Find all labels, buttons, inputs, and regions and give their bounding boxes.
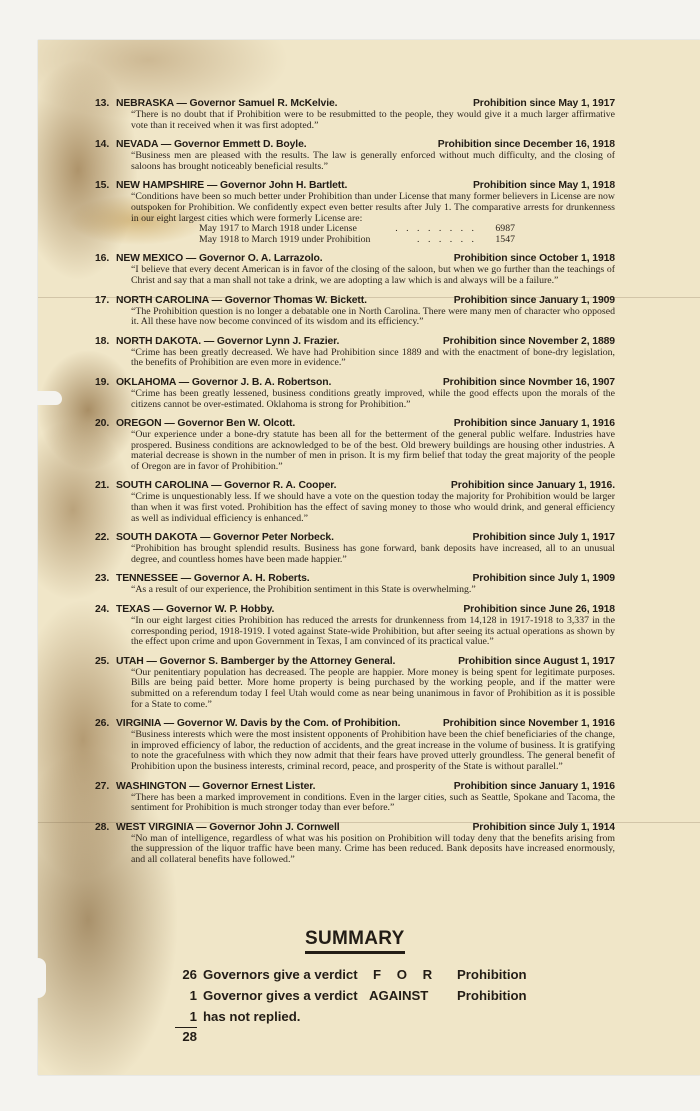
stat-row: May 1918 to March 1919 under Prohibition… bbox=[199, 235, 515, 246]
governor-quote: “In our eight largest cities Prohibition… bbox=[131, 616, 615, 648]
prohibition-date: Prohibition since January 1, 1909 bbox=[454, 295, 615, 307]
entry-number: 27. bbox=[95, 781, 109, 792]
dash: — bbox=[211, 480, 224, 491]
governor-name: Governor O. A. Larrazolo. bbox=[199, 253, 323, 264]
governor-name: Governor S. Bamberger by the Attorney Ge… bbox=[160, 656, 396, 667]
governor-name: Governor W. Davis by the Com. of Prohibi… bbox=[177, 718, 401, 729]
governor-name: Governor John J. Cornwell bbox=[209, 822, 339, 833]
governor-quote: “Crime is unquestionably less. If we sho… bbox=[131, 492, 615, 524]
governor-name: Governor John H. Bartlett. bbox=[220, 180, 347, 191]
paper-tear bbox=[36, 391, 62, 405]
governor-name: Governor Emmett D. Boyle. bbox=[174, 139, 307, 150]
statement-entry: 17. NORTH CAROLINA — Governor Thomas W. … bbox=[95, 295, 615, 328]
summary-total: 28 bbox=[175, 1027, 197, 1045]
entry-number: 17. bbox=[95, 295, 109, 306]
state-name: NORTH DAKOTA. bbox=[116, 336, 201, 347]
state-name: OREGON bbox=[116, 418, 162, 429]
dash: — bbox=[200, 532, 213, 543]
dash: — bbox=[186, 253, 199, 264]
governor-quote: “Business men are pleased with the resul… bbox=[131, 151, 615, 172]
governor-quote: “Crime has been greatly lessened, busine… bbox=[131, 389, 615, 410]
governor-name: Governor Thomas W. Bickett. bbox=[225, 295, 367, 306]
state-name: WASHINGTON bbox=[116, 781, 186, 792]
entry-number: 24. bbox=[95, 604, 109, 615]
dash: — bbox=[161, 139, 174, 150]
statement-entry: 20. OREGON — Governor Ben W. Olcott. Pro… bbox=[95, 418, 615, 472]
summary-verdict: AGAINST bbox=[369, 985, 457, 1006]
governor-name: Governor J. B. A. Robertson. bbox=[192, 377, 331, 388]
summary-row: 1 has not replied. bbox=[175, 1006, 527, 1027]
governor-name: Governor Samuel R. McKelvie. bbox=[190, 98, 338, 109]
summary-row: 1 Governor gives a verdict AGAINST Prohi… bbox=[175, 985, 527, 1006]
prohibition-date: Prohibition since July 1, 1909 bbox=[472, 573, 615, 585]
summary-rows: 26 Governors give a verdict F O R Prohib… bbox=[175, 964, 527, 1027]
summary-count: 1 bbox=[175, 985, 197, 1006]
statement-entry: 26. VIRGINIA — Governor W. Davis by the … bbox=[95, 718, 615, 772]
dash: — bbox=[181, 573, 194, 584]
state-name: NEBRASKA bbox=[116, 98, 174, 109]
entry-number: 28. bbox=[95, 822, 109, 833]
entry-number: 15. bbox=[95, 180, 109, 191]
state-name: NEVADA bbox=[116, 139, 158, 150]
governor-quote: “Prohibition has brought splendid result… bbox=[131, 544, 615, 565]
summary-text: Governor gives a verdict bbox=[203, 985, 369, 1006]
entry-number: 20. bbox=[95, 418, 109, 429]
governor-name: Governor Ben W. Olcott. bbox=[177, 418, 295, 429]
statement-entry: 19. OKLAHOMA — Governor J. B. A. Roberts… bbox=[95, 377, 615, 410]
stat-label: May 1918 to March 1919 under Prohibition bbox=[199, 235, 417, 246]
dash: — bbox=[204, 336, 217, 347]
dash: — bbox=[164, 418, 177, 429]
prohibition-date: Prohibition since November 2, 1889 bbox=[443, 336, 615, 348]
governor-name: Governor Peter Norbeck. bbox=[213, 532, 334, 543]
statement-entry: 18. NORTH DAKOTA. — Governor Lynn J. Fra… bbox=[95, 336, 615, 369]
governor-quote: “Crime has been greatly decreased. We ha… bbox=[131, 348, 615, 369]
summary-verdict bbox=[369, 1006, 457, 1027]
statement-entry: 28. WEST VIRGINIA — Governor John J. Cor… bbox=[95, 822, 615, 866]
governor-statements-list: 13. NEBRASKA — Governor Samuel R. McKelv… bbox=[95, 98, 615, 874]
dash: — bbox=[207, 180, 220, 191]
state-name: NEW HAMPSHIRE bbox=[116, 180, 204, 191]
statement-entry: 23. TENNESSEE — Governor A. H. Roberts. … bbox=[95, 573, 615, 596]
statement-entry: 24. TEXAS — Governor W. P. Hobby. Prohib… bbox=[95, 604, 615, 648]
entry-number: 18. bbox=[95, 336, 109, 347]
governor-quote: “The Prohibition question is no longer a… bbox=[131, 307, 615, 328]
entry-number: 25. bbox=[95, 656, 109, 667]
dash: — bbox=[212, 295, 225, 306]
summary-verdict: F O R bbox=[369, 964, 457, 985]
governor-name: Governor R. A. Cooper. bbox=[224, 480, 336, 491]
dash: — bbox=[189, 781, 202, 792]
summary-text: has not replied. bbox=[203, 1006, 369, 1027]
stat-value: 1547 bbox=[487, 235, 515, 246]
entry-number: 26. bbox=[95, 718, 109, 729]
entry-heading: 28. WEST VIRGINIA — Governor John J. Cor… bbox=[95, 822, 615, 834]
state-name: UTAH bbox=[116, 656, 144, 667]
governor-name: Governor W. P. Hobby. bbox=[166, 604, 274, 615]
governor-quote: “As a result of our experience, the Proh… bbox=[131, 585, 615, 596]
summary-count: 1 bbox=[175, 1006, 197, 1027]
entry-number: 19. bbox=[95, 377, 109, 388]
statement-entry: 16. NEW MEXICO — Governor O. A. Larrazol… bbox=[95, 253, 615, 286]
state-name: SOUTH CAROLINA bbox=[116, 480, 208, 491]
entry-number: 14. bbox=[95, 139, 109, 150]
state-name: NEW MEXICO bbox=[116, 253, 183, 264]
governor-quote: “There has been a marked improvement in … bbox=[131, 793, 615, 814]
statement-entry: 25. UTAH — Governor S. Bamberger by the … bbox=[95, 656, 615, 710]
dash: — bbox=[164, 718, 177, 729]
summary-title: SUMMARY bbox=[305, 928, 405, 954]
state-name: VIRGINIA bbox=[116, 718, 161, 729]
governor-quote: “Business interests which were the most … bbox=[131, 730, 615, 772]
dash: — bbox=[146, 656, 159, 667]
summary-subject: Prohibition bbox=[457, 964, 527, 985]
summary-row: 26 Governors give a verdict F O R Prohib… bbox=[175, 964, 527, 985]
governor-quote: “I believe that every decent American is… bbox=[131, 265, 615, 286]
dot-leader: . . . . . . bbox=[417, 235, 477, 246]
arrest-statistics: May 1917 to March 1918 under License . .… bbox=[199, 224, 615, 245]
dash: — bbox=[153, 604, 166, 615]
statement-entry: 27. WASHINGTON — Governor Ernest Lister.… bbox=[95, 781, 615, 814]
dash: — bbox=[176, 98, 189, 109]
governor-name: Governor A. H. Roberts. bbox=[194, 573, 310, 584]
entry-number: 13. bbox=[95, 98, 109, 109]
statement-entry: 22. SOUTH DAKOTA — Governor Peter Norbec… bbox=[95, 532, 615, 565]
governor-quote: “Our experience under a bone-dry statute… bbox=[131, 430, 615, 472]
statement-entry: 13. NEBRASKA — Governor Samuel R. McKelv… bbox=[95, 98, 615, 131]
entry-heading: 17. NORTH CAROLINA — Governor Thomas W. … bbox=[95, 295, 615, 307]
statement-entry: 15. NEW HAMPSHIRE — Governor John H. Bar… bbox=[95, 180, 615, 245]
entry-heading: 25. UTAH — Governor S. Bamberger by the … bbox=[95, 656, 615, 668]
entry-number: 22. bbox=[95, 532, 109, 543]
state-name: TEXAS bbox=[116, 604, 150, 615]
entry-number: 23. bbox=[95, 573, 109, 584]
entry-heading: 18. NORTH DAKOTA. — Governor Lynn J. Fra… bbox=[95, 336, 615, 348]
state-name: WEST VIRGINIA bbox=[116, 822, 193, 833]
state-name: SOUTH DAKOTA bbox=[116, 532, 197, 543]
governor-name: Governor Lynn J. Frazier. bbox=[217, 336, 339, 347]
governor-quote: “Our penitentiary population has decreas… bbox=[131, 668, 615, 710]
summary-text: Governors give a verdict bbox=[203, 964, 369, 985]
entry-heading: 27. WASHINGTON — Governor Ernest Lister.… bbox=[95, 781, 615, 793]
summary-count: 26 bbox=[175, 964, 197, 985]
dash: — bbox=[179, 377, 192, 388]
summary-subject: Prohibition bbox=[457, 985, 527, 1006]
statement-entry: 14. NEVADA — Governor Emmett D. Boyle. P… bbox=[95, 139, 615, 172]
prohibition-date: Prohibition since July 1, 1914 bbox=[472, 822, 615, 834]
state-name: TENNESSEE bbox=[116, 573, 178, 584]
prohibition-date: Prohibition since January 1, 1916 bbox=[454, 781, 615, 793]
entry-number: 21. bbox=[95, 480, 109, 491]
entry-number: 16. bbox=[95, 253, 109, 264]
governor-quote: “There is no doubt that if Prohibition w… bbox=[131, 110, 615, 131]
dash: — bbox=[196, 822, 209, 833]
statement-entry: 21. SOUTH CAROLINA — Governor R. A. Coop… bbox=[95, 480, 615, 524]
state-name: OKLAHOMA bbox=[116, 377, 176, 388]
governor-quote: “No man of intelligence, regardless of w… bbox=[131, 834, 615, 866]
prohibition-date: Prohibition since August 1, 1917 bbox=[458, 656, 615, 668]
paper-tear bbox=[36, 958, 46, 998]
governor-name: Governor Ernest Lister. bbox=[202, 781, 315, 792]
governor-quote: “Conditions have been so much better und… bbox=[131, 192, 615, 224]
state-name: NORTH CAROLINA bbox=[116, 295, 209, 306]
